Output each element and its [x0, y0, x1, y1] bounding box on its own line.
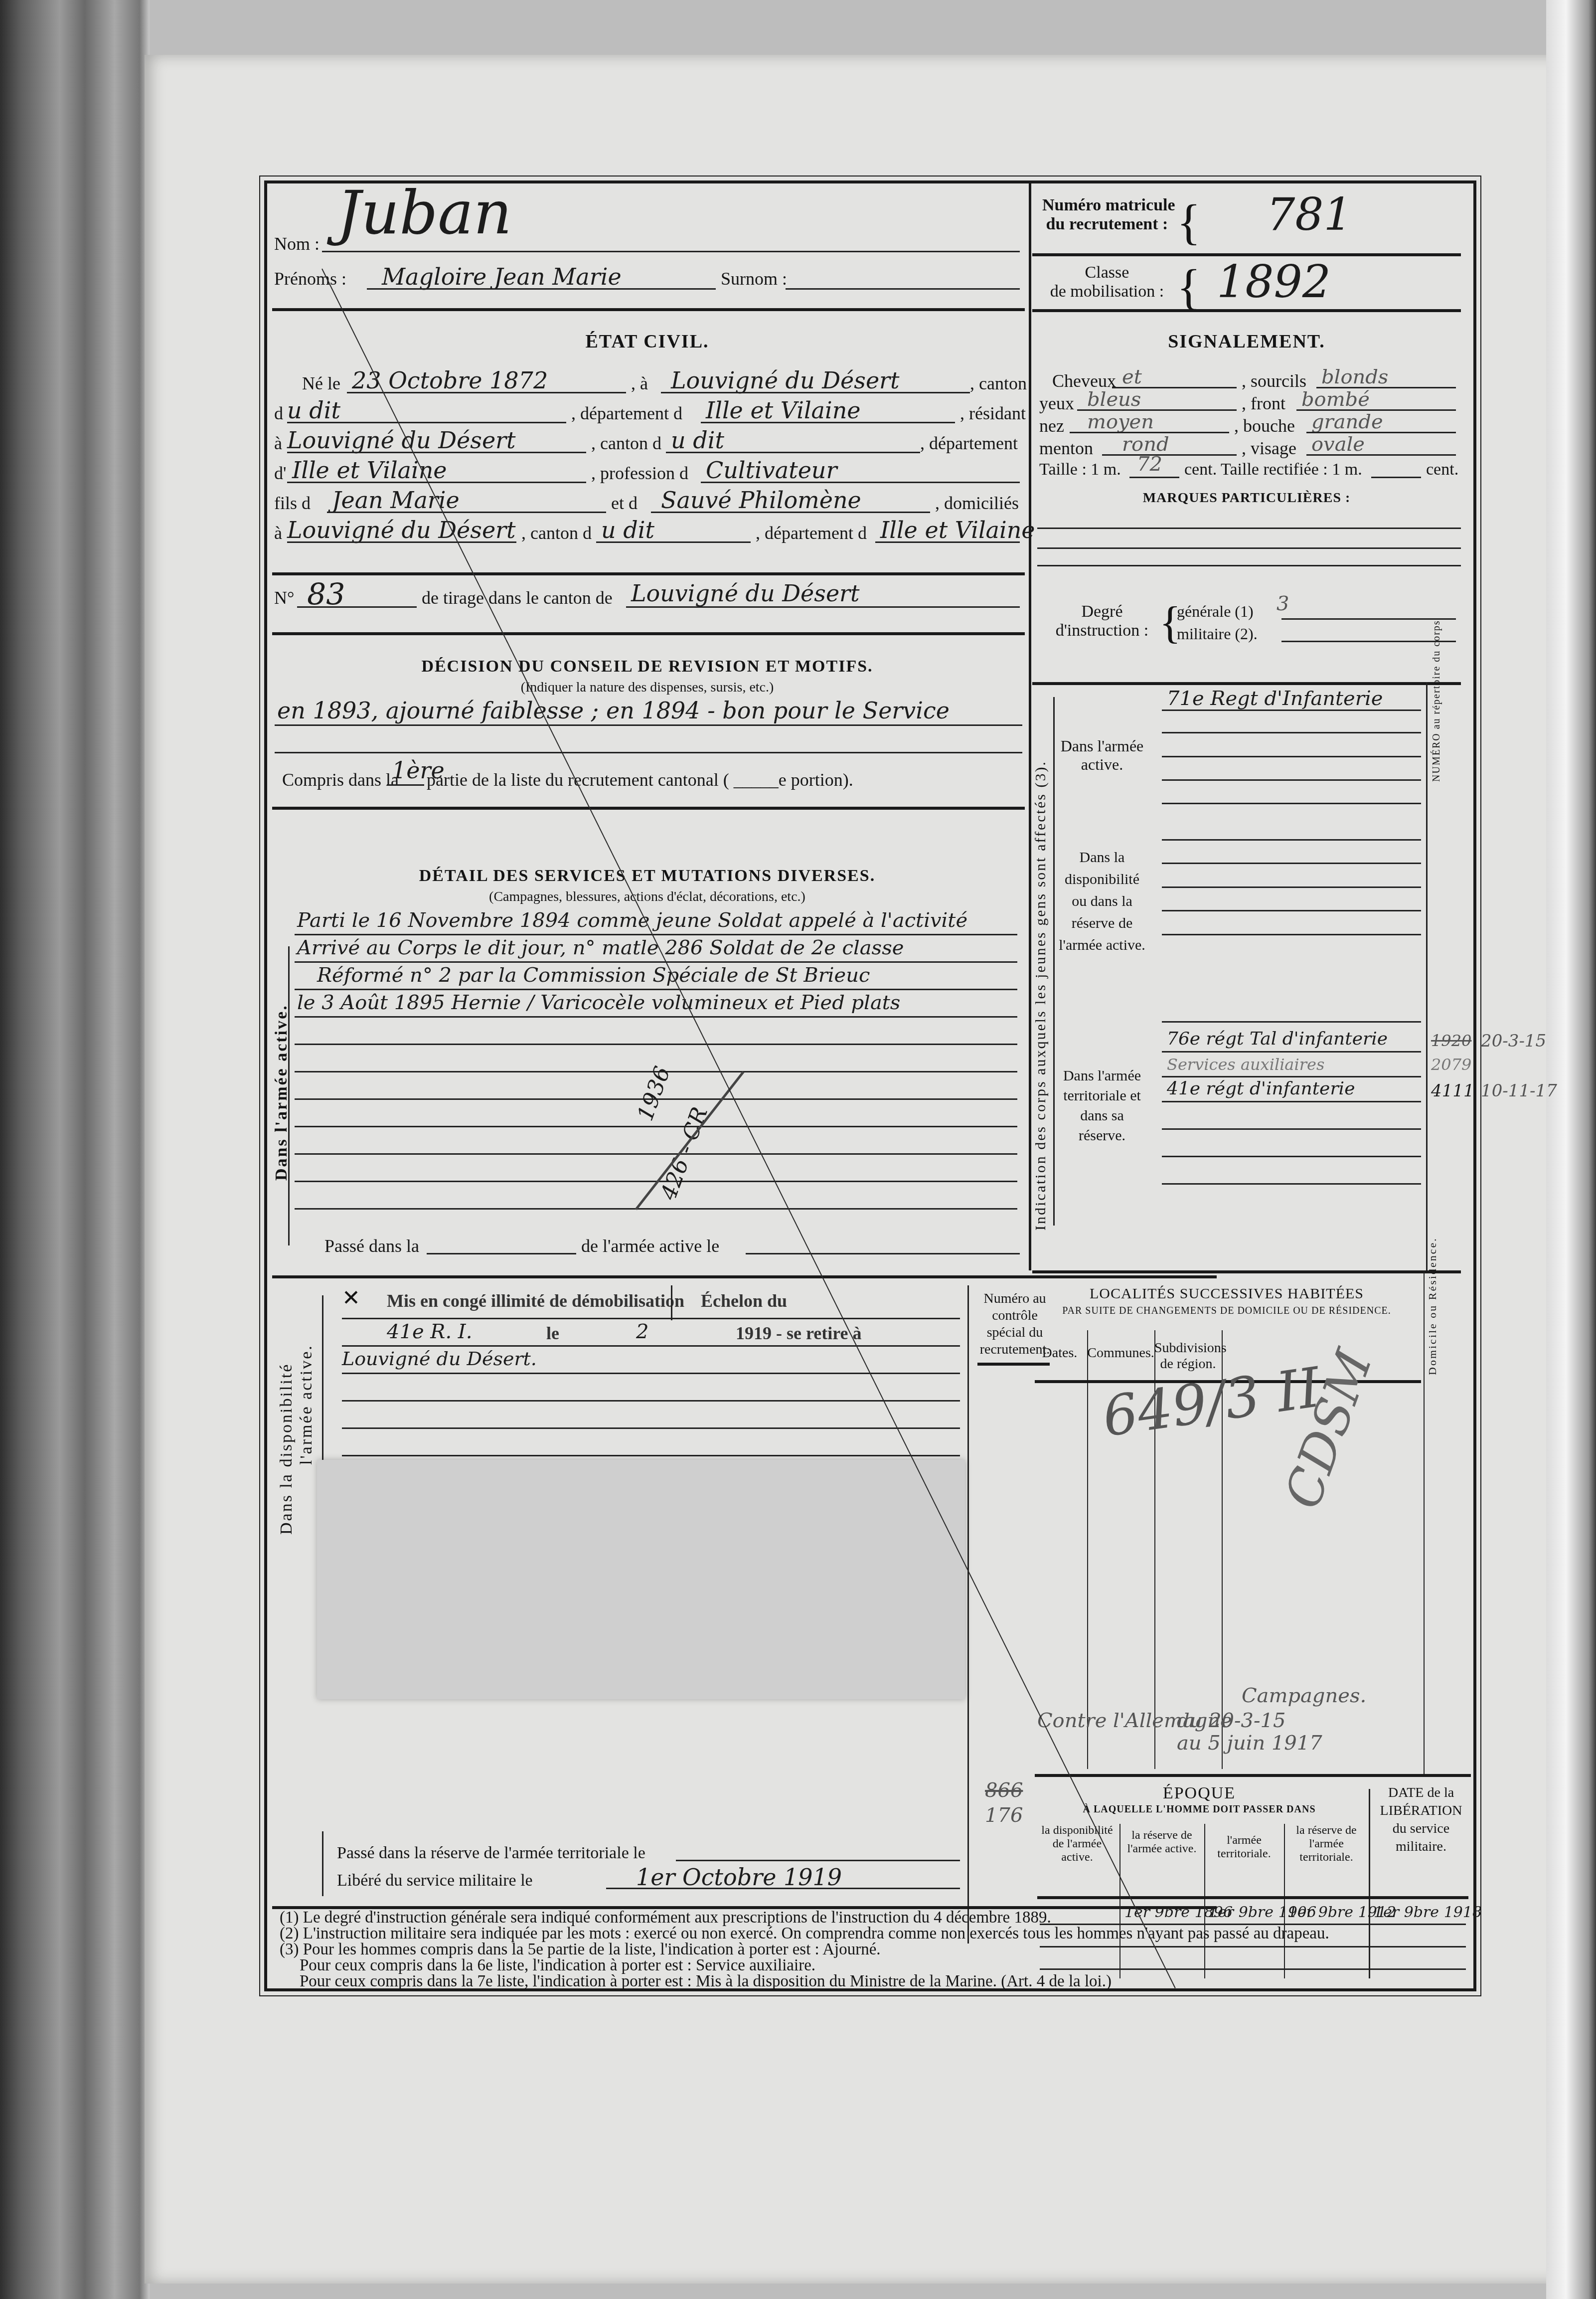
book-binding-edge [0, 0, 150, 2299]
birth-departement: Ille et Vilaine [706, 397, 861, 424]
stamp-line-3: Louvigné du Désert. [342, 1348, 537, 1370]
localites-section: LOCALITÉS SUCCESSIVES HABITÉES PAR SUITE… [1032, 1270, 1471, 1774]
territoriale-corps-3: 41e régt d'infanterie [1167, 1078, 1355, 1099]
nom-value: Juban [337, 178, 512, 248]
etat-civil-section: ÉTAT CIVIL. Né le 23 Octobre 1872 , à Lo… [267, 313, 1027, 528]
services-title: DÉTAIL DES SERVICES ET MUTATIONS DIVERSE… [267, 867, 1027, 885]
localites-title: LOCALITÉS SUCCESSIVES HABITÉES [1032, 1285, 1421, 1302]
identity-section: Nom : Juban Prénoms : Magloire Jean Mari… [267, 183, 1030, 313]
affectations-section: Indication des corps auxquels les jeunes… [1032, 682, 1471, 1270]
degre-label: Degréd'instruction : [1052, 602, 1152, 640]
libere-date: 1er Octobre 1919 [636, 1864, 842, 1891]
campagnes-du: du 20-3-15 [1177, 1709, 1285, 1732]
services-section: DÉTAIL DES SERVICES ET MUTATIONS DIVERSE… [267, 832, 1027, 1270]
etat-civil-title: ÉTAT CIVIL. [267, 331, 1027, 353]
etat-civil-section-2: à Louvigné du Désert , canton d u dit , … [267, 523, 1027, 607]
decision-section: DÉCISION DU CONSEIL DE REVISION ET MOTIF… [267, 632, 1027, 842]
taille-value: 72 [1137, 453, 1162, 476]
territoriale-corps-2: Services auxiliaires [1167, 1055, 1324, 1074]
stamp-line-1: Mis en congé illimité de démobilisation [387, 1290, 684, 1311]
affectations-side-label: Indication des corps auxquels les jeunes… [1032, 760, 1049, 1231]
service-line-3: Réformé n° 2 par la Commission Spéciale … [317, 964, 870, 987]
service-line-4: le 3 Août 1895 Hernie / Varicocèle volum… [297, 991, 900, 1014]
matricule-section: Numéro matriculedu recrutement : { 781 C… [1032, 183, 1471, 313]
mother-name: Sauvé Philomène [661, 487, 861, 514]
pasted-paper-patch [317, 1460, 965, 1699]
canton-tirage: Louvigné du Désert [631, 580, 860, 607]
classe-label: Classede mobilisation : [1042, 263, 1172, 301]
birth-place: Louvigné du Désert [671, 367, 900, 394]
father-name: Jean Marie [332, 487, 460, 514]
territoriale-corps-1: 76e régt Tal d'infanterie [1167, 1029, 1388, 1049]
campagnes-title: Campagnes. [1242, 1684, 1366, 1707]
matricule-value: 781 [1267, 188, 1352, 241]
matricule-form: Nom : Juban Prénoms : Magloire Jean Mari… [264, 180, 1476, 1991]
prenoms-value: Magloire Jean Marie [382, 263, 622, 290]
instruction-generale: 3 [1277, 592, 1289, 615]
service-line-1: Parti le 16 Novembre 1894 comme jeune So… [297, 909, 967, 932]
decision-title: DÉCISION DU CONSEIL DE REVISION ET MOTIF… [267, 657, 1027, 676]
epoque-title: ÉPOQUE [1035, 1784, 1364, 1803]
footnote-5: Pour ceux compris dans la 7e liste, l'in… [300, 1972, 1112, 1991]
column-divider [1029, 183, 1031, 1270]
signalement-section: SIGNALEMENT. Cheveux et , sourcils blond… [1032, 313, 1471, 642]
surnom-label: Surnom : [721, 268, 787, 289]
profession: Cultivateur [706, 457, 837, 484]
stamp-cross-mark: ✕ [342, 1285, 360, 1311]
liberation-label: DATE de la LIBÉRATION du service militai… [1374, 1784, 1468, 1856]
localites-annotation-1: 649/3 II [1099, 1355, 1324, 1449]
matricule-label: Numéro matriculedu recrutement : [1042, 196, 1172, 234]
nom-label: Nom : [274, 233, 319, 254]
birth-canton: u dit [287, 397, 340, 424]
prenoms-label: Prénoms : [274, 268, 346, 289]
footnotes: (1) Le degré d'instruction générale sera… [267, 1909, 1473, 1988]
classe-value: 1892 [1217, 256, 1331, 308]
numero-repertoire-label: NUMÉRO au répertoire du corps [1431, 620, 1442, 782]
signalement-title: SIGNALEMENT. [1032, 331, 1461, 353]
campagnes-au: au 5 juin 1917 [1177, 1732, 1322, 1755]
decision-text: en 1893, ajourné faiblesse ; en 1894 - b… [277, 697, 950, 724]
service-line-2: Arrivé au Corps le dit jour, n° matle 28… [297, 936, 904, 959]
page-right-edge [1546, 0, 1596, 2299]
active-corps: 71e Regt d'Infanterie [1167, 687, 1383, 710]
